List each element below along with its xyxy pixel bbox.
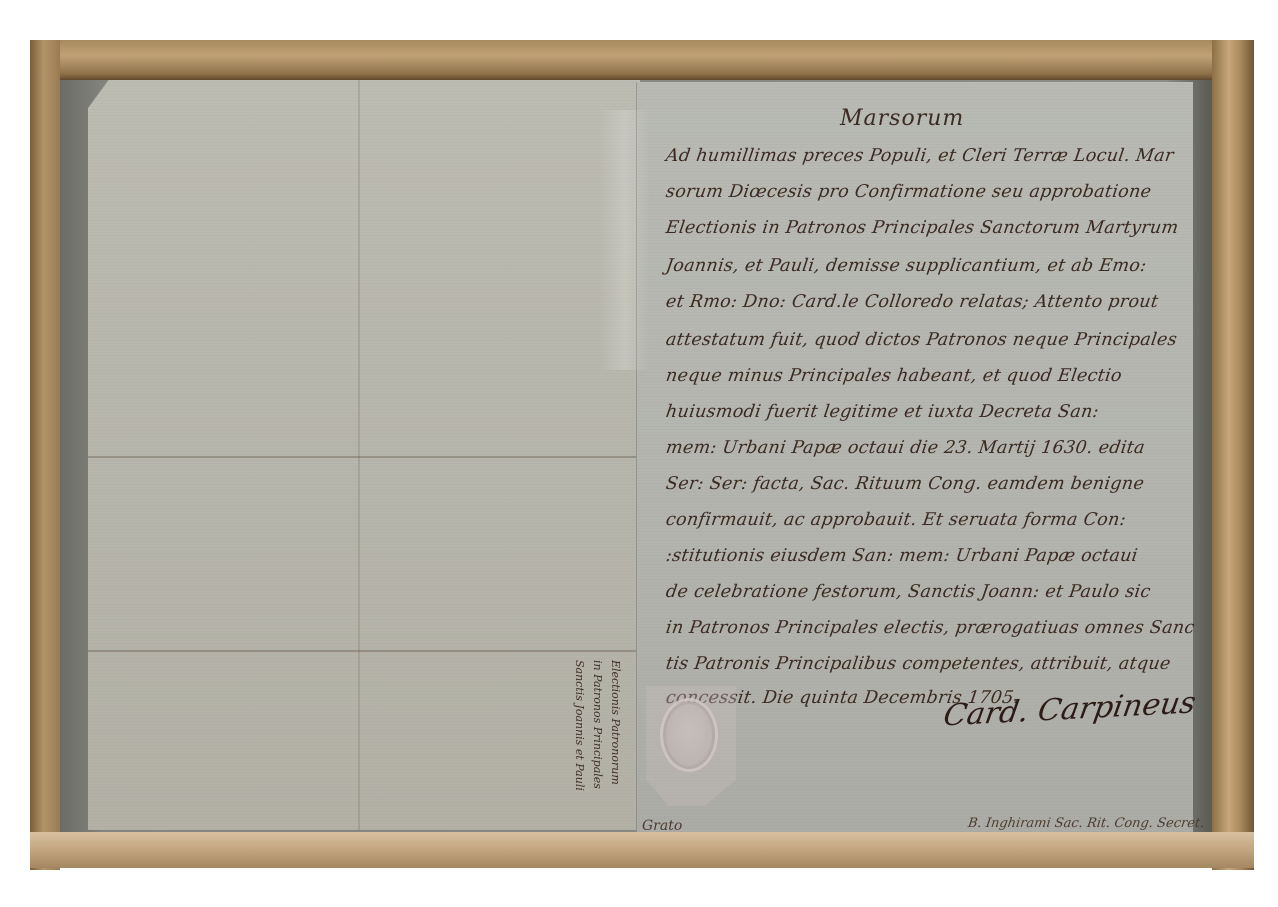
manuscript-line: Ad humillimas preces Populi, et Cleri Te… <box>665 146 1175 166</box>
manuscript-line: attestatum fuit, quod dictos Patronos ne… <box>665 330 1179 350</box>
frame-top <box>30 40 1254 80</box>
manuscript-line: :stitutionis eiusdem San: mem: Urbani Pa… <box>665 546 1139 566</box>
manuscript-line: sorum Diœcesis pro Confirmatione seu app… <box>665 182 1153 202</box>
manuscript-line: Joannis, et Pauli, demisse supplicantium… <box>665 256 1148 276</box>
embossed-seal-icon <box>660 698 718 772</box>
manuscript-line: neque minus Principales habeant, et quod… <box>665 366 1124 386</box>
manuscript-line: in Patronos Principales electis, præroga… <box>665 618 1196 638</box>
secretary-note: B. Inghirami Sac. Rit. Cong. Secret. <box>967 816 1205 831</box>
margin-note: Electionis Patronorum <box>604 660 622 785</box>
manuscript-line: tis Patronis Principalibus competentes, … <box>665 654 1172 674</box>
frame-bottom <box>30 832 1254 868</box>
manuscript-line: huiusmodi fuerit legitime et iuxta Decre… <box>665 402 1101 422</box>
glass-glare <box>600 110 650 370</box>
margin-note: Sanctis Joannis et Pauli <box>568 660 586 791</box>
manuscript-line: et Rmo: Dno: Card.le Colloredo relatas; … <box>665 292 1160 312</box>
manuscript-line: mem: Urbani Papæ octaui die 23. Martij 1… <box>665 438 1147 458</box>
manuscript-line: confirmauit, ac approbauit. Et seruata f… <box>665 510 1128 530</box>
frame-right <box>1212 40 1254 870</box>
fold-line <box>358 78 360 830</box>
manuscript-line: Electionis in Patronos Principales Sanct… <box>665 218 1180 238</box>
frame-left <box>30 40 60 870</box>
paper-left-page <box>88 78 640 830</box>
fold-line <box>88 650 640 652</box>
manuscript-line: de celebratione festorum, Sanctis Joann:… <box>665 582 1152 602</box>
manuscript-line: Ser: Ser: facta, Sac. Rituum Cong. eamde… <box>665 474 1146 494</box>
fold-line <box>88 456 640 458</box>
manuscript-heading: Marsorum <box>840 106 964 131</box>
margin-note: in Patronos Principales <box>586 660 604 789</box>
